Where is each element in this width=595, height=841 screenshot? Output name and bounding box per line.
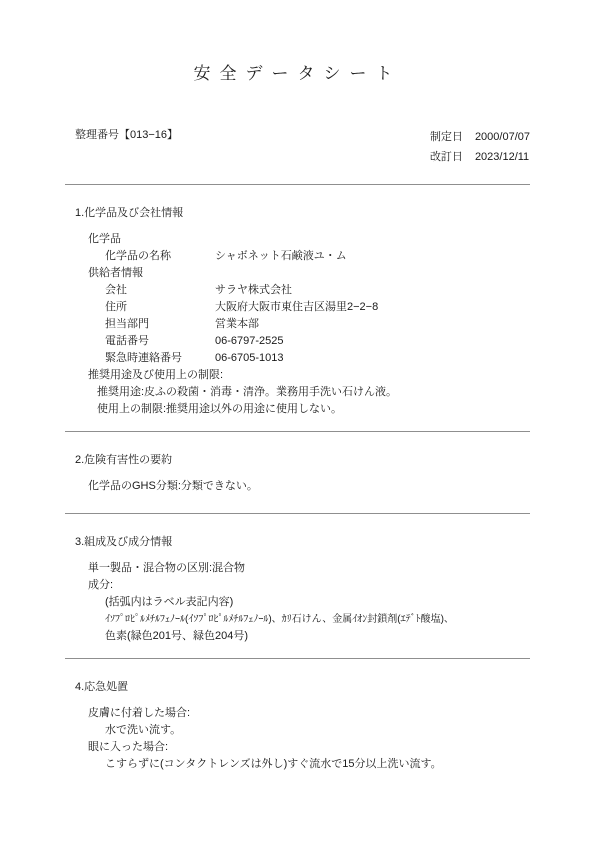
phone-row: 電話番号 06-6797-2525 — [105, 333, 530, 350]
sds-document-page: 安全データシート 整理番号【013−16】 制定日 2000/07/07 改訂日… — [0, 0, 595, 841]
label-note: (括弧内はラベル表記内容) — [105, 594, 530, 611]
address-label: 住所 — [105, 299, 215, 316]
department-value: 営業本部 — [215, 316, 259, 333]
section-first-aid: 4.応急処置 皮膚に付着した場合: 水で洗い流す。 眼に入った場合: こすらずに… — [65, 659, 530, 773]
address-row: 住所 大阪府大阪市東住吉区湯里2−2−8 — [105, 299, 530, 316]
section4-body: 皮膚に付着した場合: 水で洗い流す。 眼に入った場合: こすらずに(コンタクトレ… — [65, 696, 530, 773]
use-restriction-heading: 推奨用途及び使用上の制限: — [88, 367, 530, 384]
phone-label: 電話番号 — [105, 333, 215, 350]
phone-value: 06-6797-2525 — [215, 333, 284, 350]
section-composition-info: 3.組成及び成分情報 単一製品・混合物の区別:混合物 成分: (括弧内はラベル表… — [65, 514, 530, 645]
emergency-phone-value: 06-6705-1013 — [215, 350, 284, 367]
section4-heading: 4.応急処置 — [75, 659, 530, 696]
company-row: 会社 サラヤ株式会社 — [105, 282, 530, 299]
address-value: 大阪府大阪市東住吉区湯里2−2−8 — [215, 299, 378, 316]
established-date-row: 制定日 2000/07/07 — [430, 127, 530, 147]
section3-body: 単一製品・混合物の区別:混合物 成分: (括弧内はラベル表記内容) ｲｿﾌﾟﾛﾋ… — [65, 551, 530, 645]
document-header: 整理番号【013−16】 制定日 2000/07/07 改訂日 2023/12/… — [65, 127, 530, 167]
revised-date-label: 改訂日 — [430, 147, 463, 167]
chemical-name-value: シャボネット石鹸液ユ・ム — [215, 248, 347, 265]
established-date-value: 2000/07/07 — [475, 127, 530, 147]
ingredients-line1: ｲｿﾌﾟﾛﾋﾟﾙﾒﾁﾙﾌｪﾉｰﾙ(ｲｿﾌﾟﾛﾋﾟﾙﾒﾁﾙﾌｪﾉｰﾙ)、ｶﾘ石けん… — [105, 611, 530, 628]
department-label: 担当部門 — [105, 316, 215, 333]
section3-heading: 3.組成及び成分情報 — [75, 514, 530, 551]
established-date-label: 制定日 — [430, 127, 463, 147]
reference-number: 整理番号【013−16】 — [65, 127, 178, 144]
emergency-phone-label: 緊急時連絡番号 — [105, 350, 215, 367]
supplier-group-label: 供給者情報 — [88, 265, 530, 282]
date-block: 制定日 2000/07/07 改訂日 2023/12/11 — [430, 127, 530, 167]
ingredients-line2: 色素(緑色201号、緑色204号) — [105, 628, 530, 645]
section-hazard-summary: 2.危険有害性の要約 化学品のGHS分類:分類できない。 — [65, 432, 530, 495]
company-value: サラヤ株式会社 — [215, 282, 292, 299]
use-restriction: 使用上の制限:推奨用途以外の用途に使用しない。 — [97, 401, 530, 418]
eye-contact-instruction: こすらずに(コンタクトレンズは外し)すぐ流水で15分以上洗い流す。 — [105, 756, 530, 773]
skin-contact-label: 皮膚に付着した場合: — [88, 705, 530, 722]
section2-body: 化学品のGHS分類:分類できない。 — [65, 469, 530, 495]
revised-date-row: 改訂日 2023/12/11 — [430, 147, 530, 167]
document-title: 安全データシート — [0, 0, 595, 84]
recommended-use: 推奨用途:皮ふの殺菌・消毒・清浄。業務用手洗い石けん液。 — [97, 384, 530, 401]
chemical-name-row: 化学品の名称 シャボネット石鹸液ユ・ム — [105, 248, 530, 265]
emergency-phone-row: 緊急時連絡番号 06-6705-1013 — [105, 350, 530, 367]
section-chemical-company-info: 1.化学品及び会社情報 化学品 化学品の名称 シャボネット石鹸液ユ・ム 供給者情… — [65, 185, 530, 418]
skin-contact-instruction: 水で洗い流す。 — [105, 722, 530, 739]
department-row: 担当部門 営業本部 — [105, 316, 530, 333]
section1-body: 化学品 化学品の名称 シャボネット石鹸液ユ・ム 供給者情報 会社 サラヤ株式会社… — [65, 222, 530, 418]
company-label: 会社 — [105, 282, 215, 299]
ghs-classification: 化学品のGHS分類:分類できない。 — [88, 478, 530, 495]
chemical-group-label: 化学品 — [88, 231, 530, 248]
revised-date-value: 2023/12/11 — [475, 147, 529, 167]
eye-contact-label: 眼に入った場合: — [88, 739, 530, 756]
ingredients-label: 成分: — [88, 577, 530, 594]
mixture-type: 単一製品・混合物の区別:混合物 — [88, 560, 530, 577]
chemical-name-label: 化学品の名称 — [105, 248, 215, 265]
section1-heading: 1.化学品及び会社情報 — [75, 185, 530, 222]
section2-heading: 2.危険有害性の要約 — [75, 432, 530, 469]
